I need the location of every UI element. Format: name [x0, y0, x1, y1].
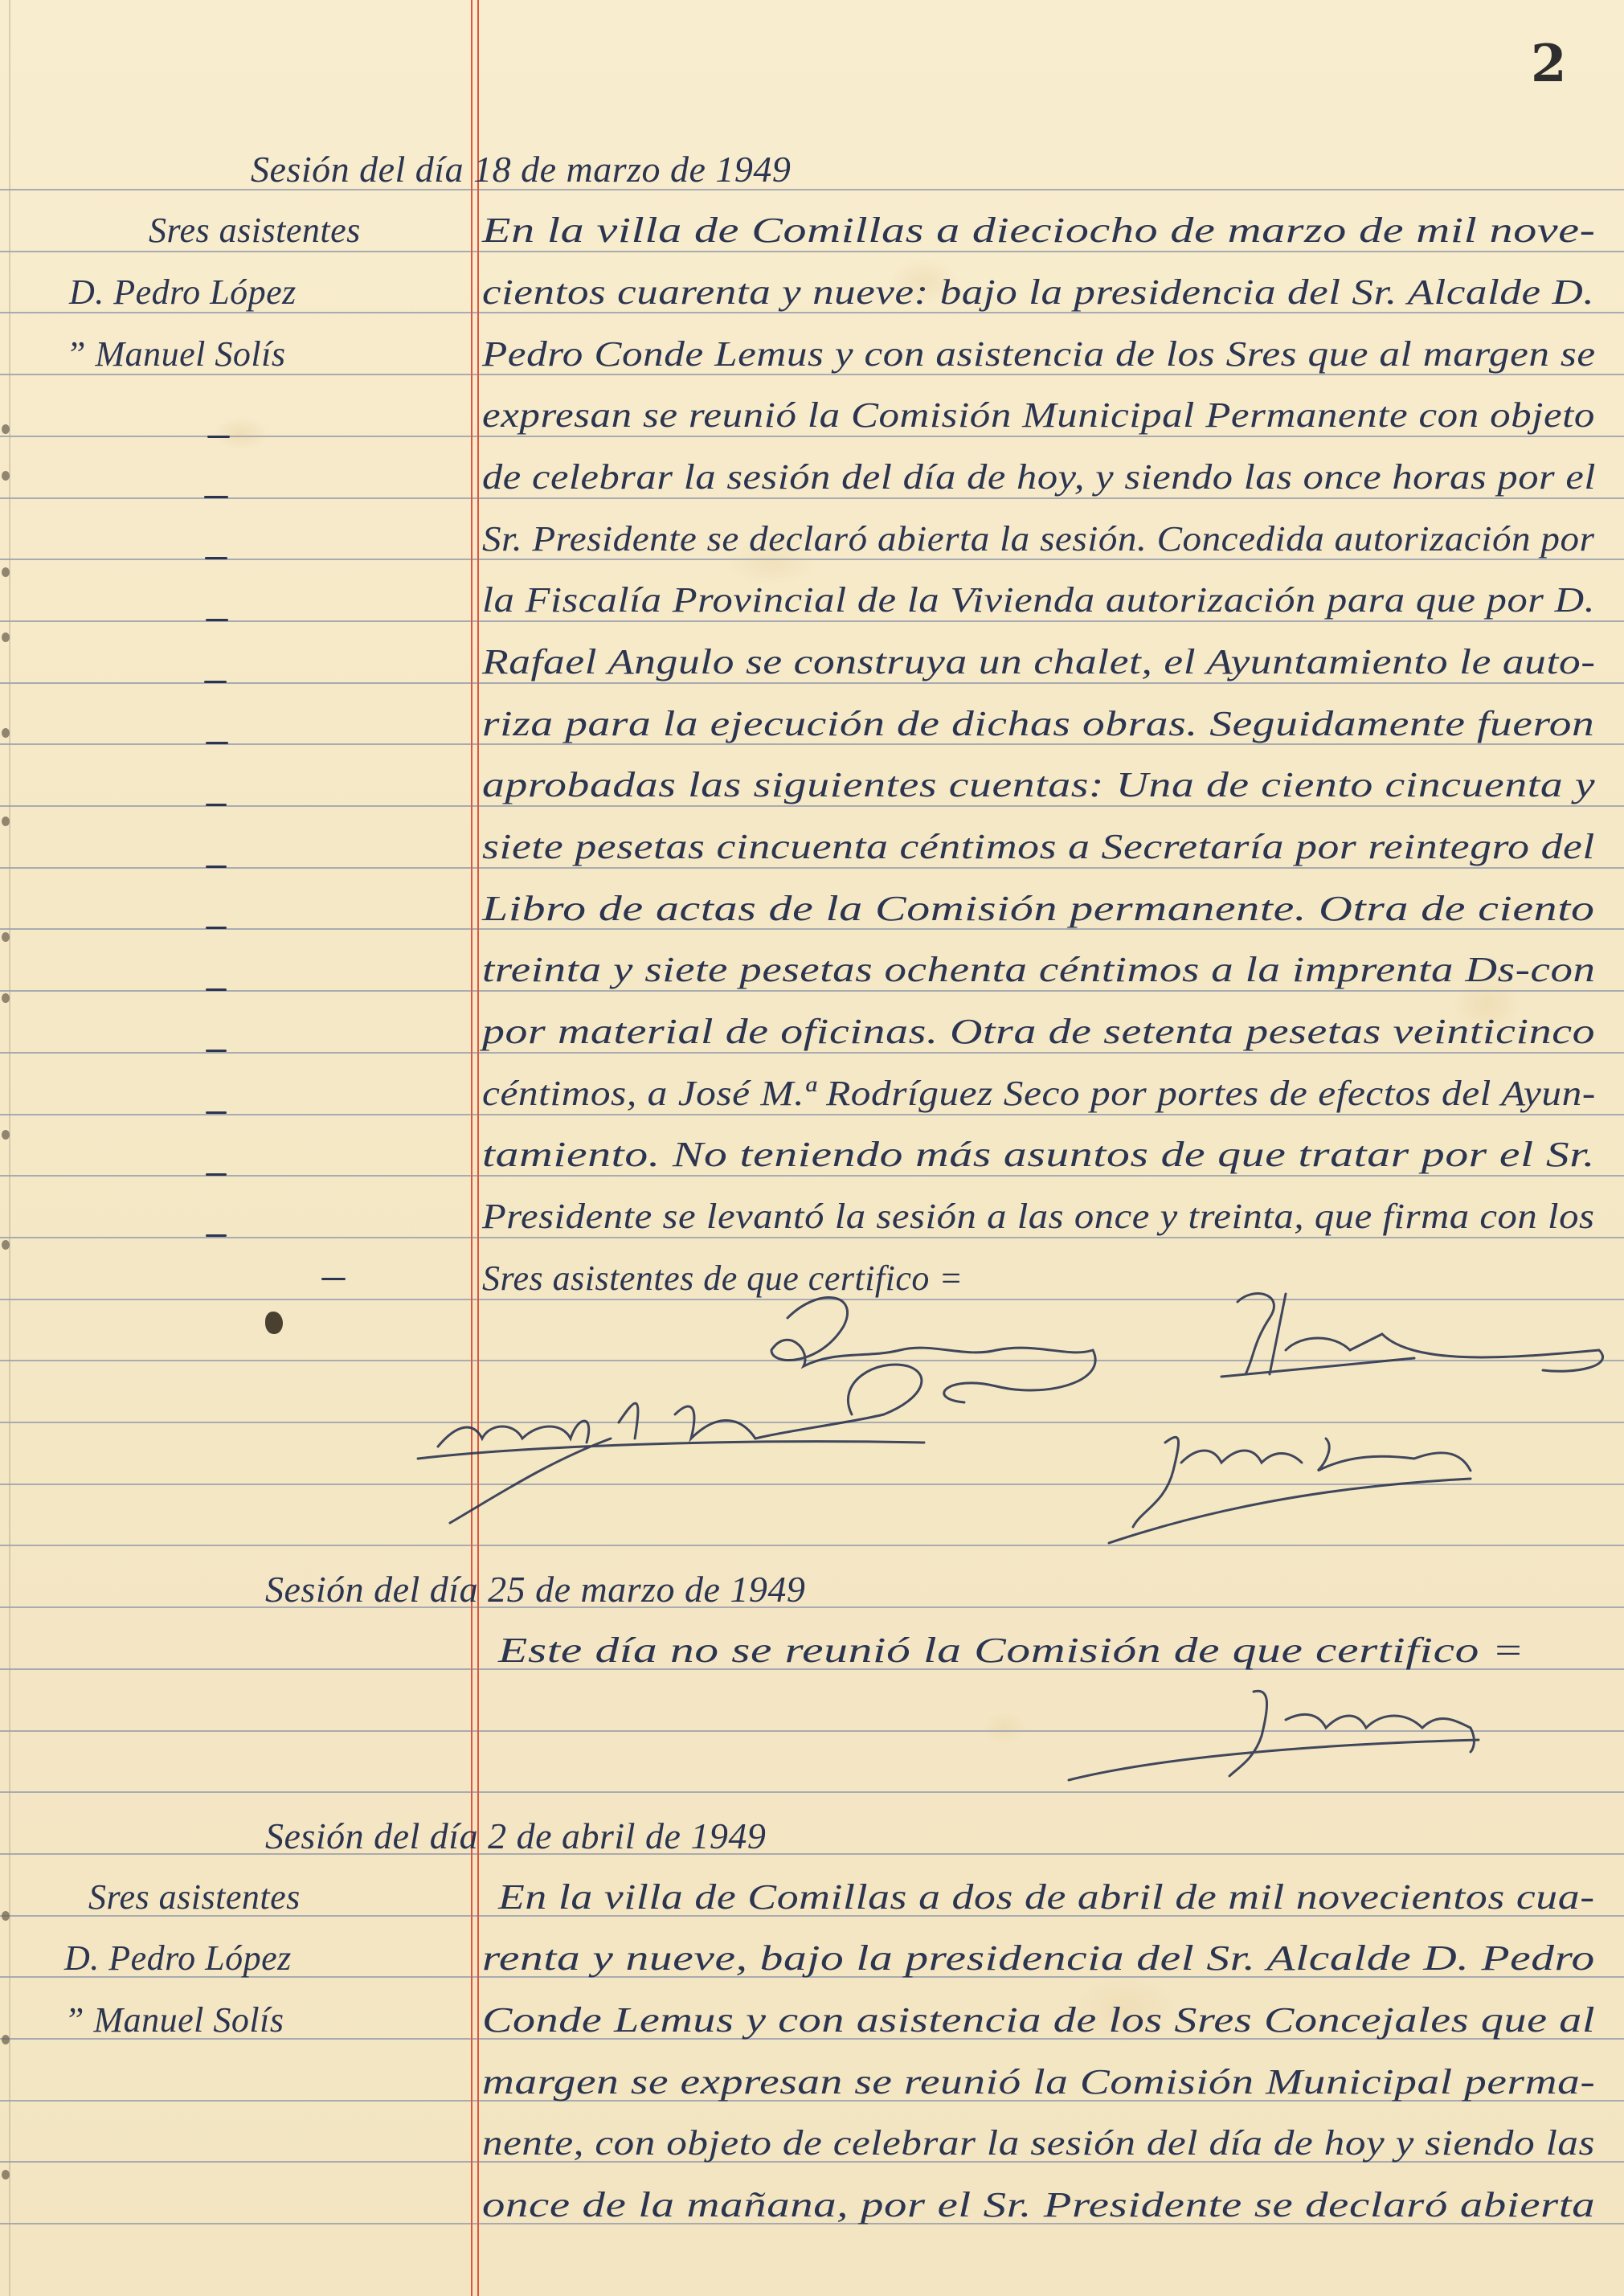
body-line: renta y nueve, bajo la presidencia del S…	[482, 1941, 1595, 1976]
body-line: En la villa de Comillas a dos de abril d…	[498, 1880, 1595, 1915]
body-line: margen se expresan se reunió la Comisión…	[482, 2065, 1595, 2100]
attendee-name: ” Manuel Solís	[64, 2003, 284, 2038]
attendees-label: Sres asistentes	[88, 1880, 301, 1915]
body-line: nente, con objeto de celebrar la sesión …	[482, 2126, 1595, 2161]
session-heading: Sesión del día 2 de abril de 1949	[265, 1818, 766, 1855]
body-line: once de la mañana, por el Sr. Presidente…	[482, 2188, 1595, 2223]
attendee-name: D. Pedro López	[64, 1941, 292, 1976]
body-line: Conde Lemus y con asistencia de los Sres…	[482, 2003, 1595, 2038]
session-heading: Sesión del día 25 de marzo de 1949	[265, 1571, 805, 1608]
body-line: Este día no se reunió la Comisión de que…	[498, 1633, 1524, 1668]
